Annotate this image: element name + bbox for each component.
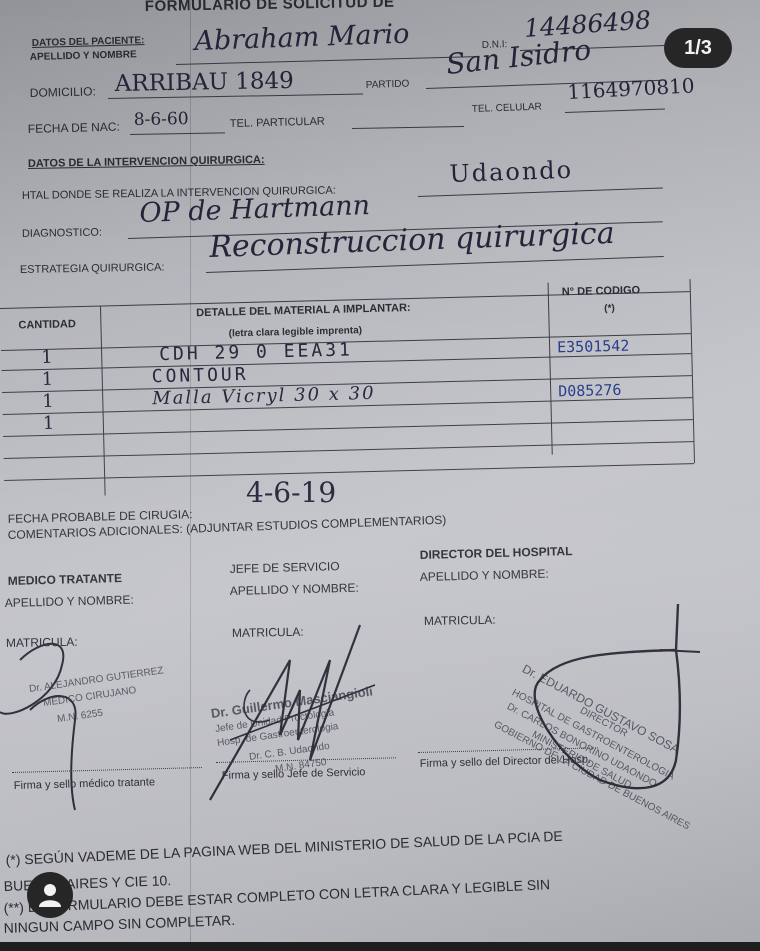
- user-avatar-icon: [37, 882, 63, 908]
- scanned-form-page: FORMULARIO DE SOLICITUD DE DATOS DEL PAC…: [0, 0, 760, 942]
- user-avatar-button[interactable]: [27, 872, 73, 918]
- bottom-bar: [0, 942, 760, 951]
- page-indicator: 1/3: [664, 28, 732, 68]
- handwritten-signatures: [0, 0, 760, 942]
